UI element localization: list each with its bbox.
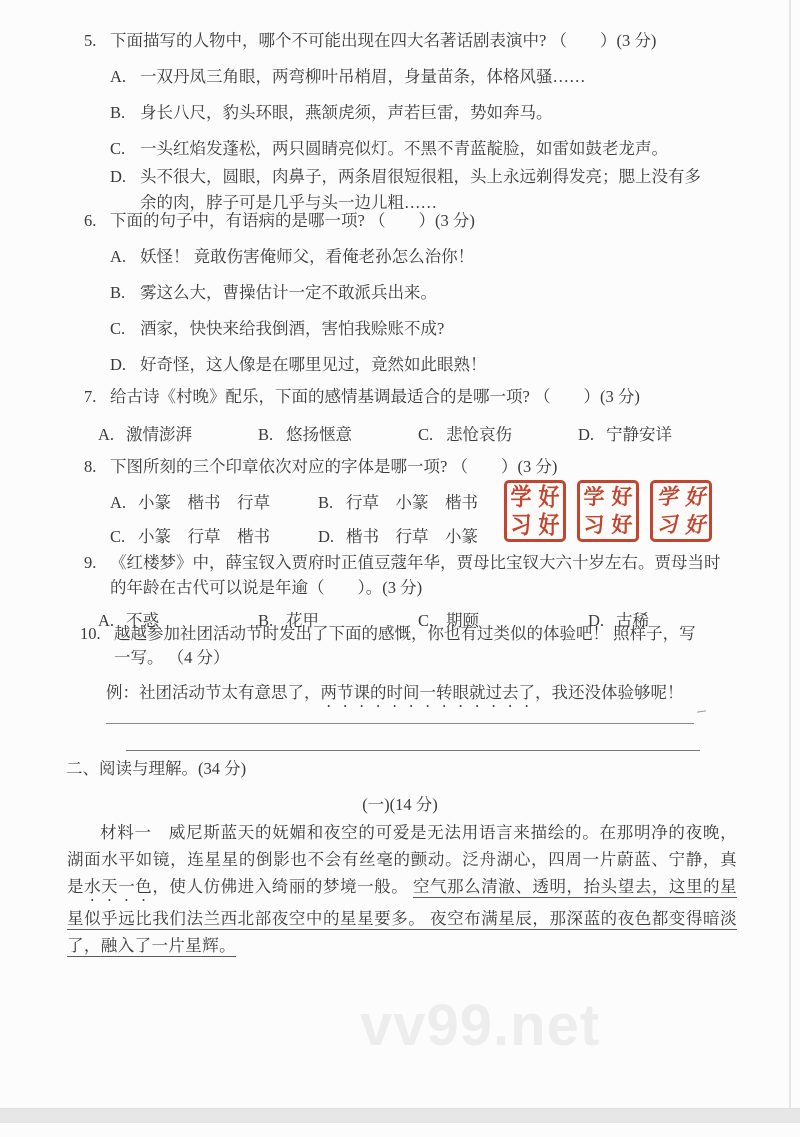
option-text: 悠扬惬意 xyxy=(286,422,352,448)
question-8-option-a: A. 小篆 楷书 行草 xyxy=(110,490,318,516)
question-text: 《红楼梦》中，薛宝钗入贾府时正值豆蔻年华，贾母比宝钗大六十岁左右。贾母当时的年龄… xyxy=(110,550,728,600)
question-10: 10. 越越参加社团活动节时发出了下面的感慨，你也有过类似的体验吧！ 照样子，写… xyxy=(80,622,744,711)
material-dotted-idiom: 水天一色 xyxy=(84,877,152,896)
option-label: D. xyxy=(110,352,140,378)
option-label: C. xyxy=(418,422,446,448)
option-label: D. xyxy=(578,422,606,448)
question-5-option-b: B. 身长八尺，豹头环眼，燕颔虎须，声若巨雷，势如奔马。 xyxy=(110,100,744,126)
question-7-option-d: D. 宁静安详 xyxy=(578,422,672,448)
option-text: 一头红焰发蓬松，两只圆睛亮似灯。不黑不青蓝靛脸，如雷如鼓老龙声。 xyxy=(140,136,668,162)
example-suffix: ，我还没体验够呢！ xyxy=(535,683,684,702)
question-7-options: A. 激情澎湃 B. 悠扬惬意 C. 悲怆哀伤 D. 宁静安详 xyxy=(84,422,744,448)
question-7-option-c: C. 悲怆哀伤 xyxy=(418,422,578,448)
option-text: 好奇怪，这人像是在哪里见过，竟然如此眼熟！ xyxy=(140,352,487,378)
seal-char: 学 xyxy=(580,483,608,511)
question-number: 10. xyxy=(80,622,114,670)
stray-mark xyxy=(697,710,706,712)
question-7: 7. 给古诗《村晚》配乐，下面的感情基调最适合的是哪一项? （ ）(3 分) A… xyxy=(84,384,744,448)
seal-char: 好 xyxy=(608,483,636,511)
question-6: 6. 下面的句子中，有语病的是哪一项? （ ）(3 分) A. 妖怪！ 竟敢伤害… xyxy=(84,208,744,378)
question-8: 8. 下图所刻的三个印章依次对应的字体是哪一项? （ ）(3 分) A. 小篆 … xyxy=(84,454,800,550)
question-text: 下面描写的人物中，哪个不可能出现在四大名著话剧表演中? （ ）(3 分) xyxy=(110,28,744,54)
seal-stamp-running-script: 学 好 习 好 xyxy=(650,480,712,542)
option-label: C. xyxy=(110,136,140,162)
seal-stamps: 学 好 习 好 学 好 习 好 学 好 习 好 xyxy=(504,480,712,542)
question-6-option-d: D. 好奇怪，这人像是在哪里见过，竟然如此眼熟！ xyxy=(110,352,744,378)
seal-char: 好 xyxy=(680,482,710,512)
material-text: ，使人仿佛进入绮丽的梦境一般。 xyxy=(152,877,413,896)
page-separator-band xyxy=(0,1108,800,1123)
exam-page: 5. 下面描写的人物中，哪个不可能出现在四大名著话剧表演中? （ ）(3 分) … xyxy=(0,0,800,1137)
option-text: 激情澎湃 xyxy=(126,422,192,448)
answer-line-2[interactable] xyxy=(126,749,700,751)
question-text: 越越参加社团活动节时发出了下面的感慨，你也有过类似的体验吧！ 照样子，写一写。 … xyxy=(114,622,700,670)
seal-char: 习 xyxy=(507,509,535,541)
seal-char: 习 xyxy=(652,510,682,540)
question-8-option-c: C. 小篆 行草 楷书 xyxy=(110,524,318,550)
option-text: 酒家，快快来给我倒酒，害怕我赊账不成? xyxy=(140,316,444,342)
question-5-option-c: C. 一头红焰发蓬松，两只圆睛亮似灯。不黑不青蓝靛脸，如雷如鼓老龙声。 xyxy=(110,136,744,162)
option-label: A. xyxy=(110,244,140,270)
option-text: 宁静安详 xyxy=(606,422,672,448)
question-10-stem: 10. 越越参加社团活动节时发出了下面的感慨，你也有过类似的体验吧！ 照样子，写… xyxy=(80,622,744,670)
option-label: C. xyxy=(110,524,138,550)
question-6-stem: 6. 下面的句子中，有语病的是哪一项? （ ）(3 分) xyxy=(84,208,744,234)
option-label: B. xyxy=(258,422,286,448)
question-text: 下图所刻的三个印章依次对应的字体是哪一项? （ ）(3 分) xyxy=(110,454,800,480)
option-text: 行草 小篆 楷书 xyxy=(346,490,478,516)
option-text: 妖怪！ 竟敢伤害俺师父，看俺老孙怎么治你！ xyxy=(140,244,474,270)
example-prefix: 例：社团活动节太有意思了， xyxy=(106,683,321,702)
scan-edge-line xyxy=(789,0,791,1108)
question-6-option-a: A. 妖怪！ 竟敢伤害俺师父，看俺老孙怎么治你！ xyxy=(110,244,744,270)
option-label: A. xyxy=(98,422,126,448)
option-label: B. xyxy=(110,100,140,126)
question-8-stem: 8. 下图所刻的三个印章依次对应的字体是哪一项? （ ）(3 分) xyxy=(84,454,800,480)
option-label: C. xyxy=(110,316,140,342)
answer-line-1[interactable] xyxy=(106,722,694,724)
question-7-option-b: B. 悠扬惬意 xyxy=(258,422,418,448)
question-number: 7. xyxy=(84,384,110,410)
seal-char: 习 xyxy=(580,511,608,539)
seal-char: 好 xyxy=(608,511,636,539)
option-text: 悲怆哀伤 xyxy=(446,422,512,448)
seal-stamp-regular-script: 学 好 习 好 xyxy=(577,480,639,542)
question-6-options: A. 妖怪！ 竟敢伤害俺师父，看俺老孙怎么治你！ B. 雾这么大，曹操估计一定不… xyxy=(84,244,744,378)
question-6-option-b: B. 雾这么大，曹操估计一定不敢派兵出来。 xyxy=(110,280,744,306)
question-10-example: 例：社团活动节太有意思了，两节课的时间一转眼就过去了，我还没体验够呢！ xyxy=(80,678,726,711)
example-dotted-text: 两节课的时间一转眼就过去了 xyxy=(321,683,536,702)
watermark: vv99.net xyxy=(360,992,600,1059)
option-label: D. xyxy=(318,524,346,550)
seal-char: 好 xyxy=(680,510,710,540)
seal-char: 好 xyxy=(535,509,563,541)
seal-stamp-seal-script: 学 好 习 好 xyxy=(504,480,566,542)
question-9-stem: 9. 《红楼梦》中，薛宝钗入贾府时正值豆蔻年华，贾母比宝钗大六十岁左右。贾母当时… xyxy=(84,550,744,600)
question-5-options: A. 一双丹凤三角眼，两弯柳叶吊梢眉，身量苗条，体格风骚…… B. 身长八尺，豹… xyxy=(84,64,744,216)
option-label: A. xyxy=(110,490,138,516)
option-text: 小篆 楷书 行草 xyxy=(138,490,270,516)
option-label: A. xyxy=(110,64,140,90)
option-text: 身长八尺，豹头环眼，燕颔虎须，声若巨雷，势如奔马。 xyxy=(140,100,553,126)
option-text: 雾这么大，曹操估计一定不敢派兵出来。 xyxy=(140,280,437,306)
question-6-option-c: C. 酒家，快快来给我倒酒，害怕我赊账不成? xyxy=(110,316,744,342)
question-5: 5. 下面描写的人物中，哪个不可能出现在四大名著话剧表演中? （ ）(3 分) … xyxy=(84,28,744,216)
option-label: B. xyxy=(110,280,140,306)
question-number: 9. xyxy=(84,550,110,600)
material-1-paragraph: 材料一 威尼斯蓝天的妩媚和夜空的可爱是无法用语言来描绘的。在那明净的夜晚，湖面水… xyxy=(67,819,737,959)
option-text: 楷书 行草 小篆 xyxy=(346,524,478,550)
question-text: 给古诗《村晚》配乐，下面的感情基调最适合的是哪一项? （ ）(3 分) xyxy=(110,384,744,410)
section-2-title: 二、阅读与理解。(34 分) xyxy=(66,757,246,781)
option-label: B. xyxy=(318,490,346,516)
option-text: 小篆 行草 楷书 xyxy=(138,524,270,550)
question-number: 5. xyxy=(84,28,110,54)
option-text: 一双丹凤三角眼，两弯柳叶吊梢眉，身量苗条，体格风骚…… xyxy=(140,64,586,90)
seal-char: 学 xyxy=(652,482,682,512)
question-number: 6. xyxy=(84,208,110,234)
question-number: 8. xyxy=(84,454,110,480)
question-5-stem: 5. 下面描写的人物中，哪个不可能出现在四大名著话剧表演中? （ ）(3 分) xyxy=(84,28,744,54)
section-2-part-heading: (一)(14 分) xyxy=(0,793,800,817)
question-text: 下面的句子中，有语病的是哪一项? （ ）(3 分) xyxy=(110,208,744,234)
question-7-stem: 7. 给古诗《村晚》配乐，下面的感情基调最适合的是哪一项? （ ）(3 分) xyxy=(84,384,744,410)
question-5-option-a: A. 一双丹凤三角眼，两弯柳叶吊梢眉，身量苗条，体格风骚…… xyxy=(110,64,744,90)
question-7-option-a: A. 激情澎湃 xyxy=(98,422,258,448)
